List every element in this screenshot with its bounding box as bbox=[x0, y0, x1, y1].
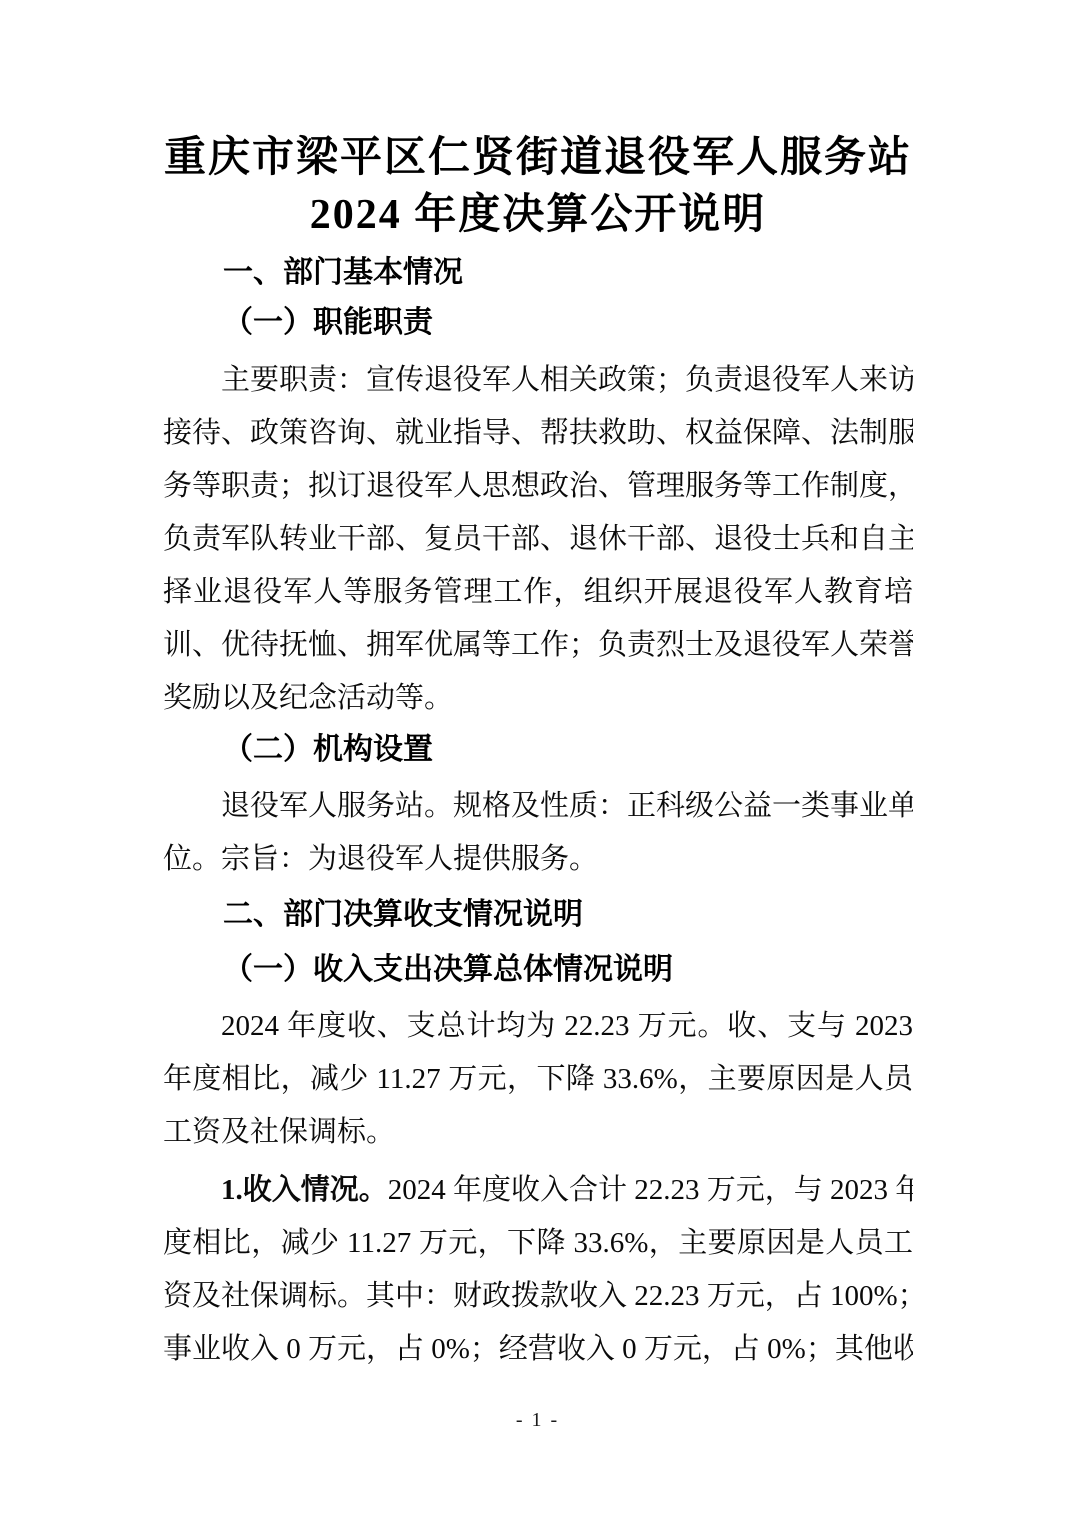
income-line1-rest: 2024 年度收入合计 22.23 万元，与 2023 年 bbox=[388, 1174, 913, 1206]
body-line: 资及社保调标。其中：财政拨款收入 22.23 万元，占 100%； bbox=[163, 1270, 913, 1323]
paragraph-income: 1.收入情况。2024 年度收入合计 22.23 万元，与 2023 年 度相比… bbox=[163, 1164, 913, 1376]
body-line: 主要职责：宣传退役军人相关政策；负责退役军人来访 bbox=[163, 354, 913, 407]
subsection-heading-overview: （一）收入支出决算总体情况说明 bbox=[163, 945, 913, 995]
body-line: 2024 年度收、支总计均为 22.23 万元。收、支与 2023 bbox=[163, 1000, 913, 1053]
body-line: 1.收入情况。2024 年度收入合计 22.23 万元，与 2023 年 bbox=[163, 1164, 913, 1217]
body-line: 退役军人服务站。规格及性质：正科级公益一类事业单 bbox=[163, 780, 913, 833]
body-line: 训、优待抚恤、拥军优属等工作；负责烈士及退役军人荣誉 bbox=[163, 619, 913, 672]
document-title-line1: 重庆市梁平区仁贤街道退役军人服务站 bbox=[163, 130, 913, 187]
body-line: 位。宗旨：为退役军人提供服务。 bbox=[163, 833, 913, 886]
body-line: 择业退役军人等服务管理工作，组织开展退役军人教育培 bbox=[163, 566, 913, 619]
subsection-heading-org: （二）机构设置 bbox=[163, 725, 913, 775]
section-heading-budget: 二、部门决算收支情况说明 bbox=[163, 890, 913, 940]
body-line: 度相比，减少 11.27 万元，下降 33.6%，主要原因是人员工 bbox=[163, 1217, 913, 1270]
paragraph-overview: 2024 年度收、支总计均为 22.23 万元。收、支与 2023 年度相比，减… bbox=[163, 1000, 913, 1159]
body-line: 年度相比，减少 11.27 万元，下降 33.6%，主要原因是人员 bbox=[163, 1053, 913, 1106]
body-line: 事业收入 0 万元，占 0%；经营收入 0 万元，占 0%；其他收 bbox=[163, 1323, 913, 1376]
document-title-line2: 2024 年度决算公开说明 bbox=[163, 187, 913, 244]
document-content: 重庆市梁平区仁贤街道退役军人服务站 2024 年度决算公开说明 一、部门基本情况… bbox=[0, 0, 1075, 1376]
subsection-heading-duties: （一）职能职责 bbox=[163, 298, 913, 348]
section-heading-basic-info: 一、部门基本情况 bbox=[163, 248, 913, 298]
body-line: 奖励以及纪念活动等。 bbox=[163, 672, 913, 725]
income-bold-lead: 1.收入情况。 bbox=[221, 1174, 388, 1206]
body-line: 工资及社保调标。 bbox=[163, 1106, 913, 1159]
paragraph-org: 退役军人服务站。规格及性质：正科级公益一类事业单 位。宗旨：为退役军人提供服务。 bbox=[163, 780, 913, 886]
body-line: 接待、政策咨询、就业指导、帮扶救助、权益保障、法制服 bbox=[163, 407, 913, 460]
paragraph-duties: 主要职责：宣传退役军人相关政策；负责退役军人来访 接待、政策咨询、就业指导、帮扶… bbox=[163, 354, 913, 725]
document-page: 重庆市梁平区仁贤街道退役军人服务站 2024 年度决算公开说明 一、部门基本情况… bbox=[0, 0, 1075, 1520]
page-number: - 1 - bbox=[0, 1409, 1075, 1432]
body-line: 务等职责；拟订退役军人思想政治、管理服务等工作制度， bbox=[163, 460, 913, 513]
body-line: 负责军队转业干部、复员干部、退休干部、退役士兵和自主 bbox=[163, 513, 913, 566]
